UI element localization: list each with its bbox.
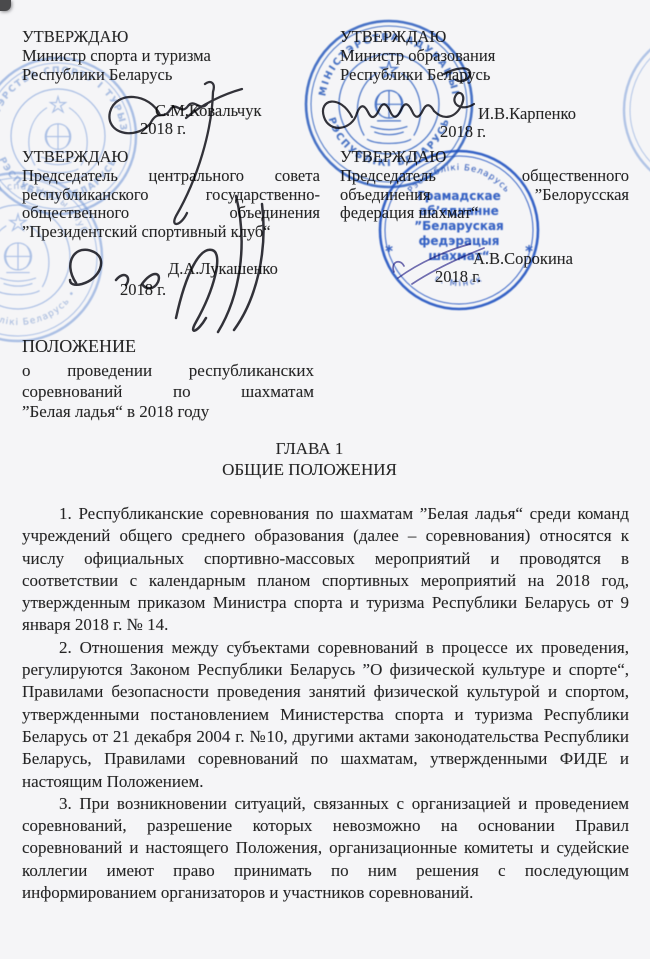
role-line: Председатель общественного — [340, 167, 629, 186]
signer-name: И.В.Карпенко — [478, 105, 576, 124]
approval-date: 2018 г. — [440, 123, 486, 142]
role-line: республиканского государственно- — [22, 186, 320, 205]
signer-name: А.В.Сорокина — [473, 250, 573, 269]
approve-label: УТВЕРЖДАЮ — [340, 148, 629, 167]
role-line: ”Президентский спортивный клуб“ — [22, 223, 320, 242]
title-heading: ПОЛОЖЕНИЕ — [22, 336, 314, 357]
title-line: ”Белая ладья“ в 2018 году — [22, 402, 314, 423]
document-title: ПОЛОЖЕНИЕ о проведении республиканских с… — [22, 336, 314, 423]
role-line: объединения ”Белорусская — [340, 186, 629, 205]
role-line: Председатель центрального совета — [22, 167, 320, 186]
approval-block-club: УТВЕРЖДАЮ Председатель центрального сове… — [22, 148, 320, 242]
signer-name: Д.А.Лукашенко — [168, 260, 278, 279]
role-line: Республики Беларусь — [340, 66, 629, 85]
title-line: о проведении республиканских — [22, 361, 314, 382]
paragraph-2: 2. Отношения между субъектами соревнован… — [22, 637, 629, 793]
approve-label: УТВЕРЖДАЮ — [340, 28, 629, 47]
paragraph-1: 1. Республиканские соревнования по шахма… — [22, 503, 629, 637]
role-line: общественного объединения — [22, 204, 320, 223]
role-line: Министр образования — [340, 47, 629, 66]
approve-label: УТВЕРЖДАЮ — [22, 148, 320, 167]
paragraph-3: 3. При возникновении ситуаций, связанных… — [22, 793, 629, 904]
document-page: МІНІСТЭРСТВА СПОРТУ І ТУРЫЗМУ РЭСПУБЛІКІ… — [0, 0, 650, 959]
approval-block-sport: УТВЕРЖДАЮ Министр спорта и туризма Респу… — [22, 28, 322, 84]
approval-date: 2018 г. — [435, 268, 481, 287]
role-line: Республики Беларусь — [22, 66, 322, 85]
signer-name: С.М.Ковальчук — [155, 102, 261, 121]
title-line: соревнований по шахматам — [22, 382, 314, 403]
role-line: федерация шахмат“ — [340, 204, 629, 223]
body-text: 1. Республиканские соревнования по шахма… — [22, 503, 629, 904]
approval-block-education: УТВЕРЖДАЮ Министр образования Республики… — [340, 28, 629, 84]
approval-block-federation: УТВЕРЖДАЮ Председатель общественного объ… — [340, 148, 629, 223]
approval-date: 2018 г. — [120, 281, 166, 300]
approve-label: УТВЕРЖДАЮ — [22, 28, 322, 47]
role-line: Министр спорта и туризма — [22, 47, 322, 66]
text-layer: УТВЕРЖДАЮ Министр спорта и туризма Респу… — [0, 0, 650, 959]
chapter-name: ОБЩИЕ ПОЛОЖЕНИЯ — [22, 459, 597, 480]
chapter-heading: ГЛАВА 1 ОБЩИЕ ПОЛОЖЕНИЯ — [22, 438, 597, 480]
chapter-number: ГЛАВА 1 — [22, 438, 597, 459]
approval-date: 2018 г. — [140, 120, 186, 139]
